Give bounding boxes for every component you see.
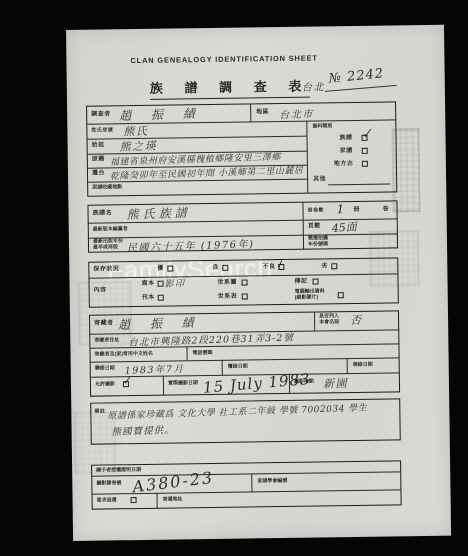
english-title: CLAN GENEALOGY IDENTIFICATION SHEET	[130, 53, 317, 65]
return-address-label: 寄還地址	[163, 497, 183, 503]
grant-date-label: 贈予者授權證明日期	[96, 468, 141, 474]
content-option-label: 世系圖	[218, 280, 238, 287]
investigator-handwriting: 趙 振 績	[119, 104, 203, 124]
category-title: 資料類別	[312, 124, 332, 130]
checkbox-content-pedigree-chart	[242, 279, 248, 285]
keeper-chinese-name-label: 寄藏者及(家)常用中文姓名	[95, 352, 153, 358]
checkbox-category-family	[362, 148, 368, 154]
first-ancestor-handwriting: 熊之瑛	[119, 137, 157, 154]
pub-year-handwriting: 民國六十五年 (1976年)	[127, 235, 255, 254]
phone-label: 電話號碼	[192, 351, 212, 357]
pub-year-label: 最新出版年份最早或再版	[93, 239, 123, 250]
category-option-label: 族譜	[339, 135, 352, 142]
filming-permitted-label: 允許攝影	[95, 382, 115, 388]
keeper-handwriting: 趙 振 績	[118, 313, 202, 333]
condition-option-label: 良	[212, 265, 219, 272]
keeper-label: 寄藏者	[94, 320, 114, 327]
checkmark-icon: ✓	[360, 126, 373, 142]
volumes-unit1: 冊	[353, 207, 360, 214]
investigator-label: 調查者	[91, 111, 111, 118]
volumes-handwriting: 1	[336, 202, 344, 216]
condition-option-label: 不良	[262, 264, 275, 271]
content-option-label: 寫本	[142, 281, 155, 288]
genealogy-title-handwriting: 熊氏族譜	[126, 204, 191, 223]
origin-label: 原籍	[92, 156, 105, 163]
remarks-line2-handwriting: 熊國寶提供。	[111, 422, 174, 438]
scanned-genealogy-form: { "colors": { "background": "#050505", "…	[0, 0, 468, 556]
condition-label: 保存狀況	[93, 266, 119, 273]
filming-place-handwriting: 新園	[323, 375, 348, 392]
remarks-label: 備註	[94, 408, 105, 415]
first-ancestor-label: 始祖	[92, 142, 105, 149]
content-option-label: 電腦輸出資料(縮影膠片)	[295, 289, 325, 300]
actual-filming-date-label: 實際攝影日期	[168, 381, 198, 387]
volumes-label: 冊卷數	[308, 207, 325, 214]
original-keeper-location-label: 原譜收藏地點	[92, 185, 122, 191]
category-option-label: 家譜	[340, 148, 353, 155]
doc-no-handwriting: № 2242	[328, 66, 385, 87]
checkbox-content-computer-output	[338, 292, 344, 298]
genealogy-title-label: 族譜名	[93, 210, 113, 217]
checkbox-content-biography	[312, 278, 318, 284]
content-option-label: 傳記	[294, 279, 307, 286]
film-roll-number-label: 攝影膠卷號	[96, 481, 121, 487]
return-requested-label: 要求退還	[97, 498, 117, 504]
category-option-label: 地方志	[334, 161, 354, 168]
checkbox-return-requested	[131, 497, 137, 503]
contact-date-label: 聯絡日期	[95, 366, 115, 372]
listed-answer-handwriting: 否	[350, 312, 363, 328]
checkbox-condition-bad	[331, 263, 337, 269]
checkmark-icon: ✓	[121, 374, 132, 388]
checkbox-condition-good	[222, 265, 228, 271]
filming-place-label: 攝影地點	[294, 380, 314, 386]
checkbox-condition-excellent	[167, 266, 173, 272]
listed-in-register-label: 是否列入本會名冊	[319, 314, 339, 325]
compiler-label: 最新版本編纂者	[93, 227, 128, 233]
photocopy-annotation-handwriting: 影印	[164, 276, 185, 290]
pages-handwriting: 45面	[331, 218, 357, 236]
content-label: 內容	[94, 287, 107, 294]
pages-label: 頁數	[308, 223, 321, 230]
contact-date-handwriting: 1983年7月	[125, 361, 185, 377]
recontact-date-label: 覆絡日期	[228, 364, 248, 370]
scanned-document-page: FamilySearch CLAN GENEALOGY IDENTIFICATI…	[66, 25, 451, 541]
surname-hall-label: 姓氏堂號	[91, 127, 113, 134]
volumes-unit2: 卷	[382, 207, 389, 214]
society-number-label: 家譜學會編號	[257, 479, 287, 485]
checkbox-content-pedigree-table	[242, 293, 248, 299]
checkbox-content-printed	[158, 295, 164, 301]
migration-label: 遷台	[92, 170, 105, 177]
area-label: 地區	[256, 109, 269, 116]
page-title: 族 譜 調 查 表	[150, 76, 311, 100]
doc-no-prefix-handwriting: 台北	[302, 78, 325, 94]
condition-option-label: 優	[157, 266, 164, 273]
film-year-label: 微捲拍攝年份號碼	[308, 236, 328, 247]
content-option-label: 世系表	[218, 294, 238, 301]
keeper-address-label: 寄藏者住址	[94, 338, 119, 344]
content-option-label: 刊本	[142, 295, 155, 302]
area-handwriting: 台北市	[279, 105, 314, 121]
condition-option-label: 劣	[321, 263, 328, 270]
checkbox-category-gazetteer	[362, 161, 368, 167]
checkbox-content-manuscript	[158, 281, 164, 287]
category-other-label: 其他	[313, 176, 326, 183]
followup-date-label: 補絡日期	[353, 363, 373, 369]
